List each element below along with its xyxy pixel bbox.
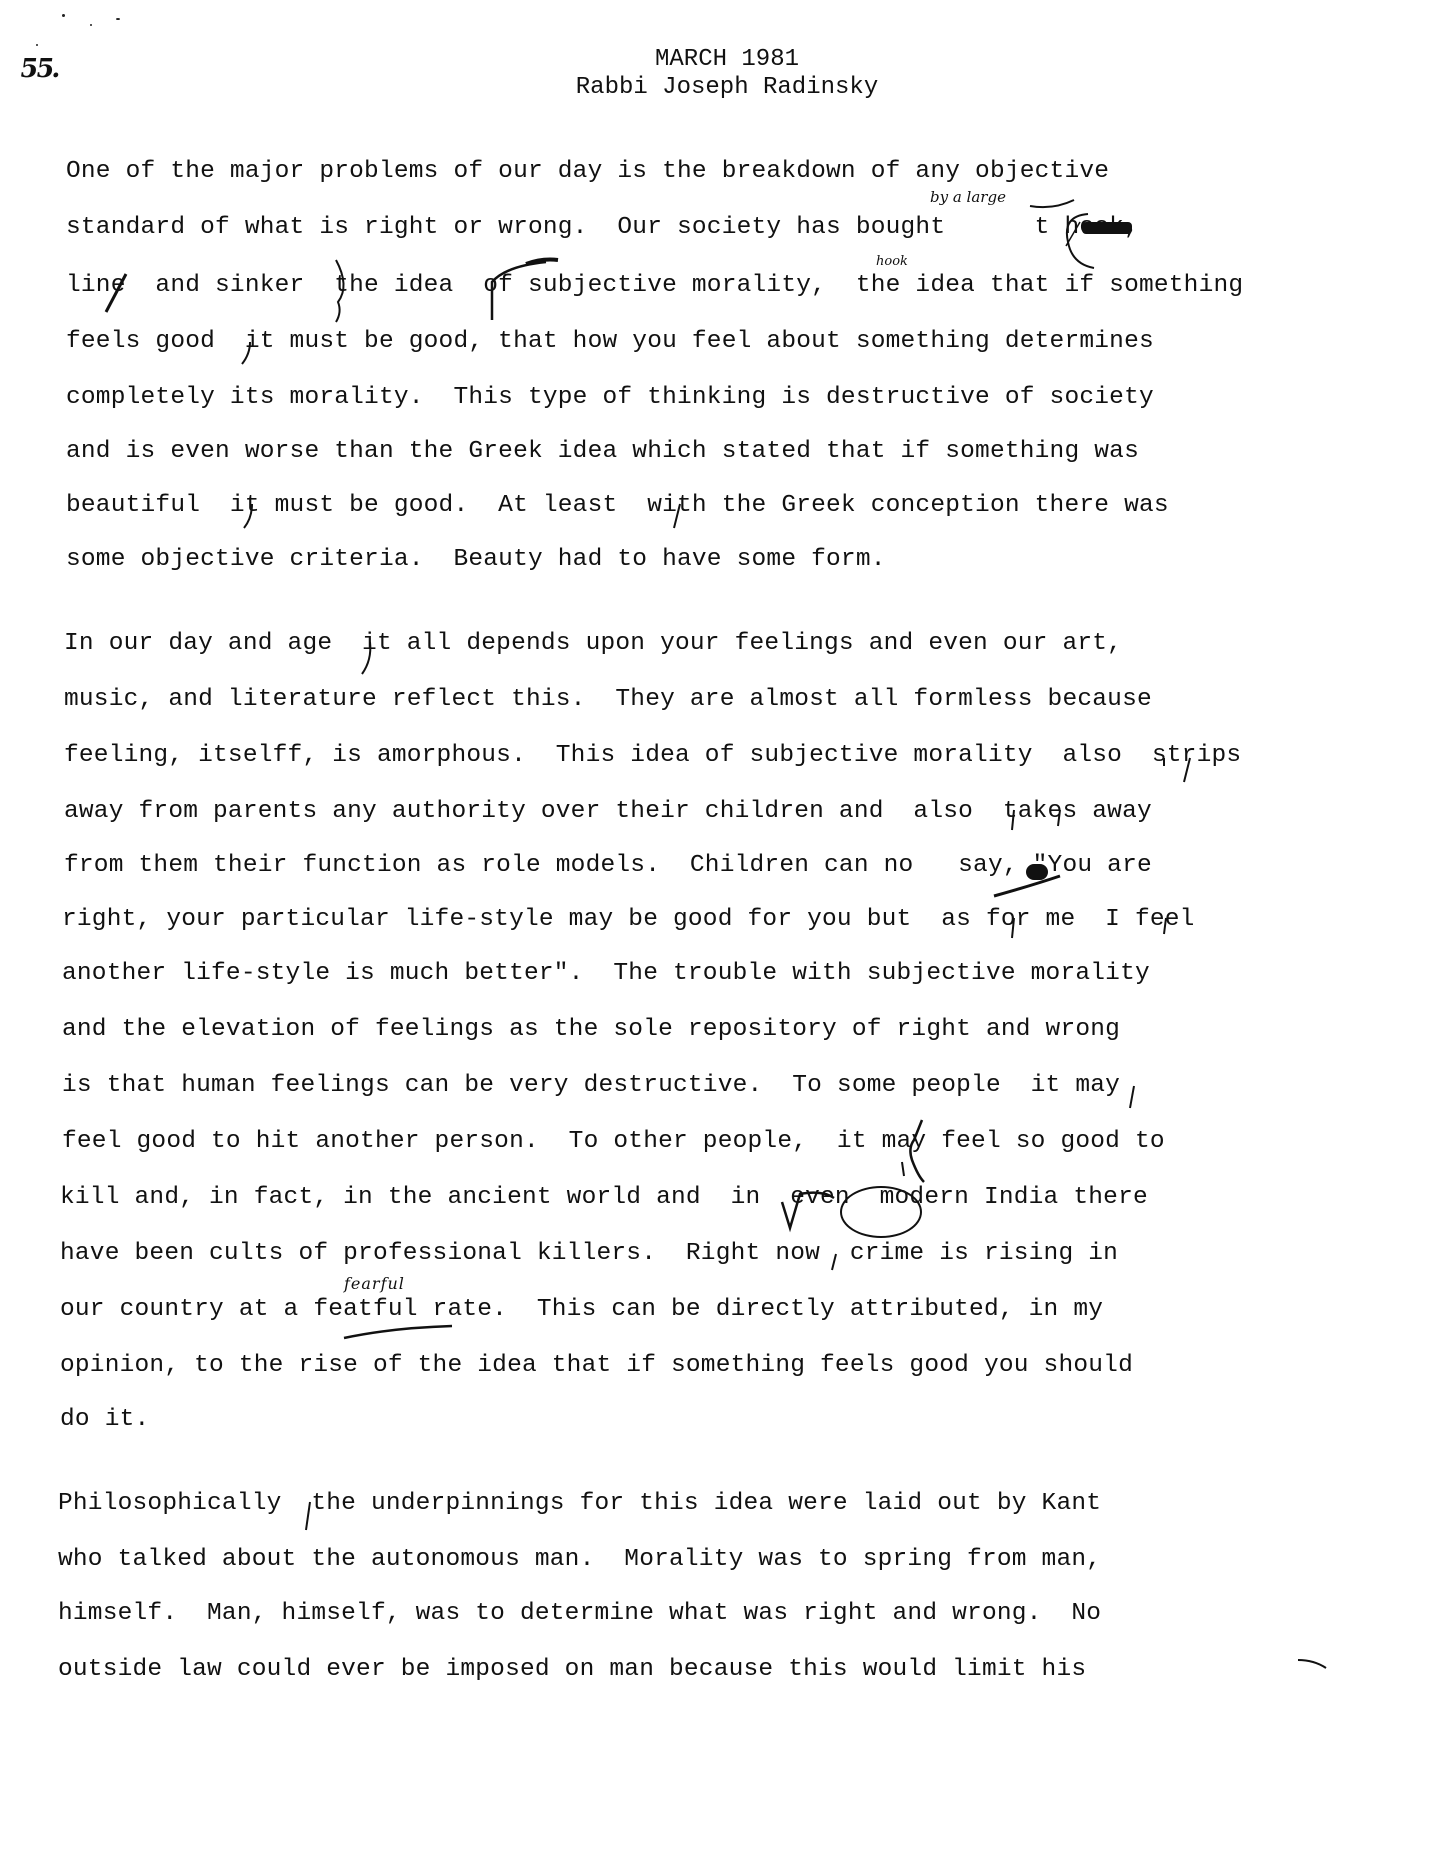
- text-line: is that human feelings can be very destr…: [62, 1072, 1120, 1099]
- text-line: Philosophically the underpinnings for th…: [58, 1490, 1101, 1517]
- margin-stroke: [1296, 1656, 1336, 1676]
- bracket-mark: [328, 256, 358, 326]
- text-line: opinion, to the rise of the idea that if…: [60, 1352, 1133, 1379]
- text-line: who talked about the autonomous man. Mor…: [58, 1546, 1101, 1573]
- check-insert-mark: [778, 1188, 838, 1238]
- text-line: music, and literature reflect this. They…: [64, 686, 1152, 713]
- text-line: from them their function as role models.…: [64, 852, 1152, 879]
- text-line: away from parents any authority over the…: [64, 798, 1152, 825]
- header-author: Rabbi Joseph Radinsky: [12, 74, 1430, 101]
- underline-stroke: [340, 1322, 460, 1342]
- text-line: outside law could ever be imposed on man…: [58, 1656, 1086, 1683]
- text-line: standard of what is right or wrong. Our …: [66, 214, 1139, 241]
- text-line: do it.: [60, 1406, 149, 1433]
- text-line: feel good to hit another person. To othe…: [62, 1128, 1165, 1155]
- comma-mark: [238, 502, 258, 532]
- comma-mark: [1124, 1084, 1144, 1114]
- handwritten-correction-fearful: fearful: [344, 1274, 405, 1293]
- scan-speck: [116, 18, 120, 20]
- text-line: our country at a featful rate. This can …: [60, 1296, 1103, 1323]
- insertion-caret-mark: [898, 1118, 938, 1198]
- slash-mark: [100, 268, 130, 318]
- document-page: 55. MARCH 1981 Rabbi Joseph Radinsky One…: [0, 0, 1430, 1851]
- comma-mark: [826, 1250, 846, 1276]
- comma-mark: [298, 1500, 318, 1540]
- insertion-caret-mark: [486, 254, 566, 324]
- underline-stroke: [990, 870, 1070, 900]
- text-line: another life-style is much better". The …: [62, 960, 1150, 987]
- text-line: himself. Man, himself, was to determine …: [58, 1600, 1101, 1627]
- text-line: line and sinker the idea of subjective m…: [66, 272, 1243, 299]
- text-line: feels good it must be good, that how you…: [66, 328, 1154, 355]
- header-date: MARCH 1981: [12, 46, 1430, 73]
- handwritten-insert-by-a-large: by a large: [930, 188, 1006, 206]
- text-line: some objective criteria. Beauty had to h…: [66, 546, 886, 573]
- text-line: and the elevation of feelings as the sol…: [62, 1016, 1120, 1043]
- text-line: completely its morality. This type of th…: [66, 384, 1154, 411]
- text-line: kill and, in fact, in the ancient world …: [60, 1184, 1148, 1211]
- handwritten-insert-hook: hook: [876, 254, 908, 269]
- handwritten-underline-stroke: [1028, 196, 1078, 210]
- text-line: and is even worse than the Greek idea wh…: [66, 438, 1139, 465]
- text-line: beautiful it must be good. At least with…: [66, 492, 1169, 519]
- text-line: feeling, itselff, is amorphous. This ide…: [64, 742, 1241, 769]
- comma-marks: [1160, 752, 1200, 792]
- comma-mark: [358, 640, 378, 680]
- comma-marks: [1000, 808, 1080, 838]
- scan-speck: [62, 14, 65, 17]
- comma-marks: [1000, 916, 1180, 946]
- circled-word-even: [840, 1186, 922, 1238]
- text-line: One of the major problems of our day is …: [66, 158, 1109, 185]
- text-line: In our day and age it all depends upon y…: [64, 630, 1122, 657]
- comma-mark: [236, 340, 256, 370]
- comma-mark: [668, 502, 688, 532]
- insertion-bracket-mark: [1058, 212, 1098, 272]
- scan-speck: [90, 24, 92, 26]
- text-line: have been cults of professional killers.…: [60, 1240, 1118, 1267]
